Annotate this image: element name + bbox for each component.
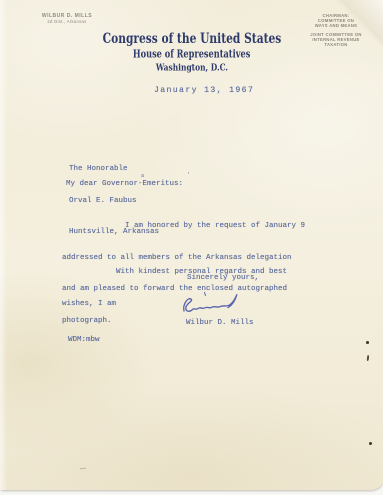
complimentary-closing: Sincerely yours, bbox=[187, 273, 259, 284]
scan-edge-highlight bbox=[0, 0, 7, 490]
raised-character-a: a bbox=[141, 173, 144, 179]
body-line: wishes, I am bbox=[62, 299, 287, 310]
reference-initials: WDM:mbw bbox=[68, 335, 100, 346]
body-line: I am honored by the request of January 9 bbox=[62, 221, 305, 232]
recipient-line: The Honorable bbox=[69, 164, 159, 175]
letter-date: January 13, 1967 bbox=[154, 86, 254, 97]
raised-tick-mark: ' bbox=[187, 172, 190, 178]
ink-speck bbox=[366, 341, 369, 344]
letterhead-title-house: House of Representatives bbox=[0, 49, 383, 60]
letterhead-title-city: Washington, D.C. bbox=[0, 63, 383, 73]
letterhead-title-congress: Congress of the United States bbox=[0, 31, 383, 46]
ink-speck bbox=[369, 442, 372, 445]
salutation: My dear Governor-Emeritus: bbox=[66, 179, 183, 190]
typed-signature-name: Wilbur D. Mills bbox=[186, 318, 254, 329]
signature-ink-icon bbox=[179, 290, 251, 320]
member-district: 2d Dist., Arkansas bbox=[34, 19, 100, 25]
letterhead-member-block: WILBUR D. MILLS 2d Dist., Arkansas bbox=[34, 13, 100, 25]
handwritten-signature bbox=[179, 290, 251, 320]
letter-page: WILBUR D. MILLS 2d Dist., Arkansas CHAIR… bbox=[0, 0, 383, 490]
pencil-mark bbox=[80, 468, 86, 470]
ink-speck bbox=[367, 355, 370, 361]
committee-line: WAYS AND MEANS bbox=[295, 23, 377, 28]
